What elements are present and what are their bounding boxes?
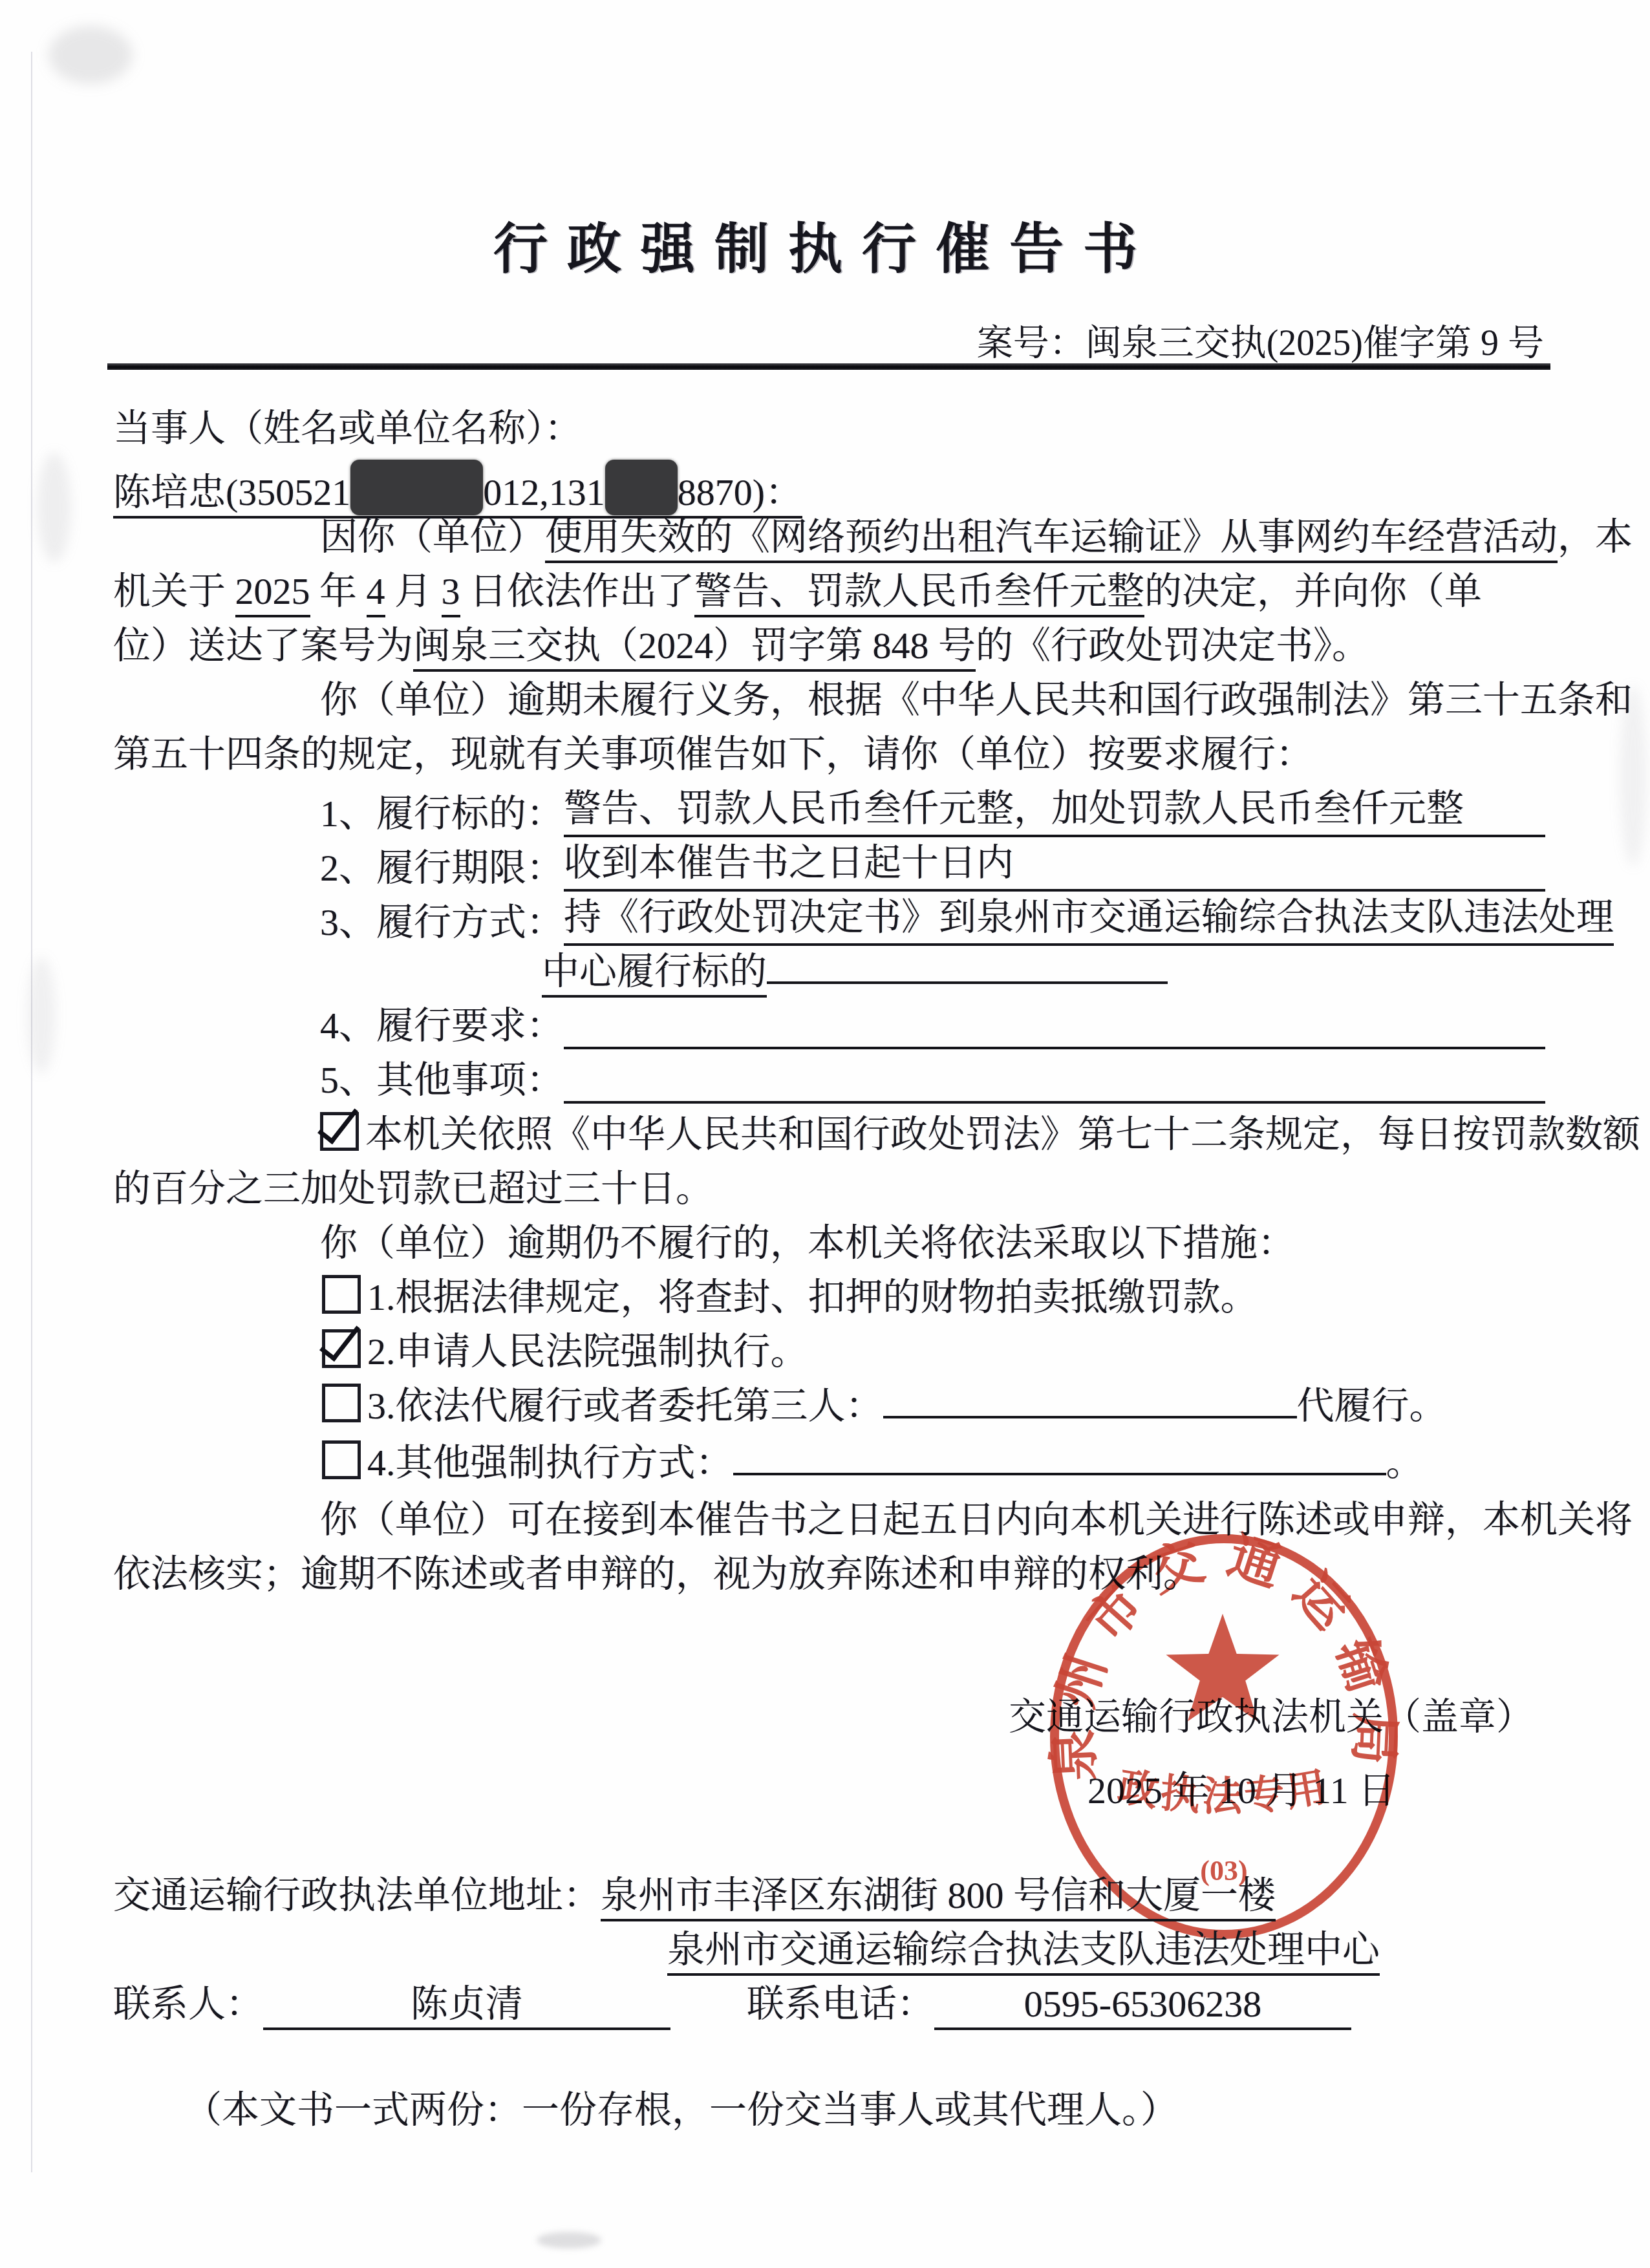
paragraph1-line3: 位）送达了案号为闽泉三交执（2024）罚字第 848 号的《行政处罚决定书》。 xyxy=(113,623,1369,669)
scan-smudge xyxy=(537,2232,601,2249)
blank-line xyxy=(1014,883,1545,892)
document-page: 行政强制执行催告书 案号：闽泉三交执(2025)催字第 9 号 当事人（姓名或单… xyxy=(0,0,1650,2268)
redaction-box xyxy=(350,460,483,515)
measure-2-checkbox xyxy=(322,1329,361,1368)
contact-line: 联系人：陈贞清联系电话：0595-65306238 xyxy=(113,1981,1351,2030)
document-title: 行政强制执行催告书 xyxy=(0,206,1650,284)
appeal-line2: 依法核实；逾期不陈述或者申辩的，视为放弃陈述和申辩的权利。 xyxy=(113,1551,1201,1598)
measure-3-third-party: 3.依法代履行或者委托第三人：代履行。 xyxy=(322,1383,1447,1429)
paragraph1-line1: 因你（单位）使用失效的《网络预约出租汽车运输证》从事网约车经营活动，本 xyxy=(320,514,1633,561)
redaction-box xyxy=(605,460,678,515)
party-value: 陈培忠(350521012,1318870)： xyxy=(113,471,802,519)
paragraph2-line2: 第五十四条的规定，现就有关事项催告如下，请你（单位）按要求履行： xyxy=(113,731,1313,778)
case-number: 案号：闽泉三交执(2025)催字第 9 号 xyxy=(977,314,1544,366)
blank-line xyxy=(564,1095,1545,1104)
measure-4-checkbox xyxy=(322,1440,361,1479)
blank-line xyxy=(767,975,1168,984)
item-4-fulfillment-requirements: 4、履行要求： xyxy=(320,1003,1545,1049)
measures-intro: 你（单位）逾期仍不履行的，本机关将依法采取以下措施： xyxy=(320,1220,1295,1267)
measure-4-other: 4.其他强制执行方式：。 xyxy=(322,1440,1424,1486)
copies-note: （本文书一式两份：一份存根，一份交当事人或其代理人。） xyxy=(184,2087,1178,2134)
blank-line xyxy=(1464,828,1545,837)
scan-edge-line xyxy=(31,52,32,2172)
seal-star xyxy=(1166,1614,1280,1721)
party-label: 当事人（姓名或单位名称）： xyxy=(113,405,582,452)
party-line: 陈培忠(350521012,1318870)： xyxy=(113,460,802,516)
blank-line xyxy=(564,1040,1545,1049)
authority-address-line1: 交通运输行政执法单位地址：泉州市丰泽区东湖街 800 号信和大厦一楼 xyxy=(113,1872,1276,1919)
scan-smudge xyxy=(48,26,133,84)
surcharge-clause-line1: 本机关依照《中华人民共和国行政处罚法》第七十二条规定，每日按罚款数额 xyxy=(320,1111,1640,1158)
contact-phone: 0595-65306238 xyxy=(934,1981,1351,2030)
measure-1-checkbox xyxy=(322,1275,361,1314)
authority-address-line2: 泉州市交通运输综合执法支队违法处理中心 xyxy=(667,1927,1380,1973)
item-3-fulfillment-method: 3、履行方式：持《行政处罚决定书》到泉州市交通运输综合执法支队违法处理 xyxy=(320,894,1545,946)
scan-smudge xyxy=(37,453,71,562)
measure-1-auction: 1.根据法律规定，将查封、扣押的财物拍卖抵缴罚款。 xyxy=(322,1274,1258,1321)
paragraph1-line2: 机关于 2025 年 4 月 3 日依法作出了警告、罚款人民币叁仟元整的决定，并… xyxy=(113,568,1482,615)
paragraph2-line1: 你（单位）逾期未履行义务，根据《中华人民共和国行政强制法》第三十五条和 xyxy=(320,677,1633,723)
measure-2-court-enforcement: 2.申请人民法院强制执行。 xyxy=(322,1329,808,1375)
surcharge-checkbox xyxy=(320,1112,359,1151)
item-3-continuation: 中心履行标的 xyxy=(542,948,1168,995)
contact-person: 陈贞清 xyxy=(263,1981,670,2030)
blank-line xyxy=(733,1466,1386,1475)
item-2-fulfillment-deadline: 2、履行期限：收到本催告书之日起十日内 xyxy=(320,840,1545,892)
blank-line xyxy=(883,1409,1297,1418)
appeal-line1: 你（单位）可在接到本催告书之日起五日内向本机关进行陈述或申辩，本机关将 xyxy=(320,1497,1633,1543)
item-5-other-matters: 5、其他事项： xyxy=(320,1057,1545,1104)
item-1-fulfillment-target: 1、履行标的：警告、罚款人民币叁仟元整，加处罚款人民币叁仟元整 xyxy=(320,786,1545,837)
measure-3-checkbox xyxy=(322,1384,361,1422)
scan-smudge xyxy=(27,957,56,1073)
header-rule xyxy=(107,363,1550,370)
surcharge-clause-line2: 的百分之三加处罚款已超过三十日。 xyxy=(113,1166,713,1212)
